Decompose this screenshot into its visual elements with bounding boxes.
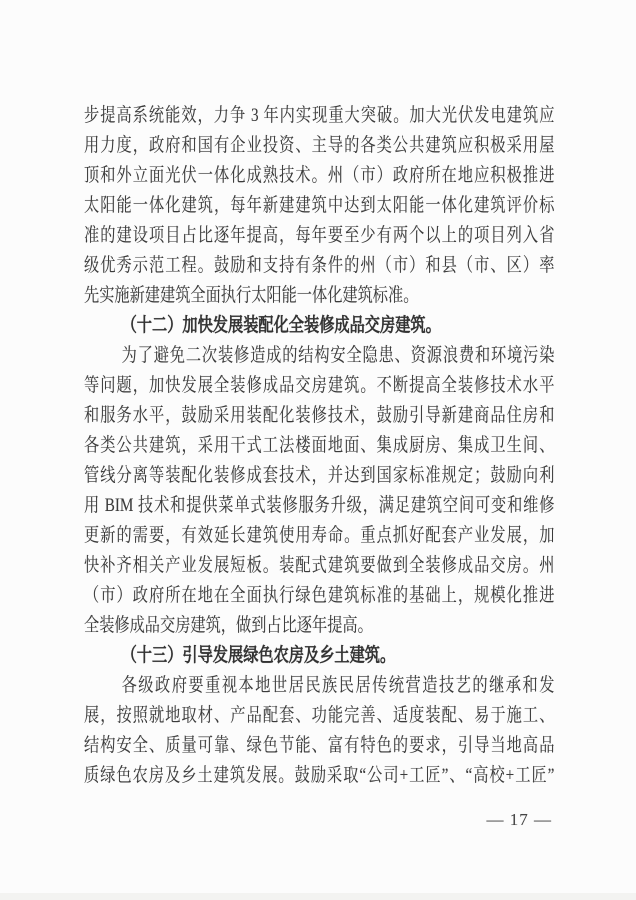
text-line: 更新的需要，有效延长建筑使用寿命。重点抓好配套产业发展，加 [84, 521, 554, 551]
text-line: 展，按照就地取材、产品配套、功能完善、适度装配、易于施工、 [84, 701, 554, 731]
text-line: 等问题，加快发展全装修成品交房建筑。不断提高全装修技术水平 [84, 371, 554, 401]
text-line: 各级政府要重视本地世居民族民居传统营造技艺的继承和发 [84, 671, 554, 701]
text-line: 质绿色农房及乡土建筑发展。鼓励采取“公司+工匠”、“高校+工匠” [84, 761, 554, 791]
text-line: 为了避免二次装修造成的结构安全隐患、资源浪费和环境污染 [84, 341, 554, 371]
text-line: 管线分离等装配化装修成套技术，并达到国家标准规定；鼓励向利 [84, 461, 554, 491]
text-line: 步提高系统能效，力争 3 年内实现重大突破。加大光伏发电建筑应 [84, 101, 554, 131]
page-number: — 17 — [487, 805, 553, 835]
text-block: 步提高系统能效，力争 3 年内实现重大突破。加大光伏发电建筑应用力度，政府和国有… [84, 101, 554, 791]
section-heading: （十三）引导发展绿色农房及乡土建筑。 [84, 641, 554, 671]
page-bottom-edge [0, 893, 636, 900]
text-line: 结构安全、质量可靠、绿色节能、富有特色的要求，引导当地高品 [84, 731, 554, 761]
text-line: 先实施新建建筑全面执行太阳能一体化建筑标准。 [84, 281, 554, 311]
text-line: 和服务水平，鼓励采用装配化装修技术，鼓励引导新建商品住房和 [84, 401, 554, 431]
text-line: 准的建设项目占比逐年提高，每年要至少有两个以上的项目列入省 [84, 221, 554, 251]
text-line: 太阳能一体化建筑，每年新建建筑中达到太阳能一体化建筑评价标 [84, 191, 554, 221]
text-line: （市）政府所在地在全面执行绿色建筑标准的基础上，规模化推进 [84, 581, 554, 611]
text-line: 用力度，政府和国有企业投资、主导的各类公共建筑应积极采用屋 [84, 131, 554, 161]
text-line: 顶和外立面光伏一体化成熟技术。州（市）政府所在地应积极推进 [84, 161, 554, 191]
document-page: 步提高系统能效，力争 3 年内实现重大突破。加大光伏发电建筑应用力度，政府和国有… [0, 0, 636, 900]
text-line: 快补齐相关产业发展短板。装配式建筑要做到全装修成品交房。州 [84, 551, 554, 581]
text-line: 用 BIM 技术和提供菜单式装修服务升级，满足建筑空间可变和维修 [84, 491, 554, 521]
text-line: 各类公共建筑，采用干式工法楼面地面、集成厨房、集成卫生间、 [84, 431, 554, 461]
section-heading: （十二）加快发展装配化全装修成品交房建筑。 [84, 311, 554, 341]
text-line: 全装修成品交房建筑，做到占比逐年提高。 [84, 611, 554, 641]
text-line: 级优秀示范工程。鼓励和支持有条件的州（市）和县（市、区）率 [84, 251, 554, 281]
